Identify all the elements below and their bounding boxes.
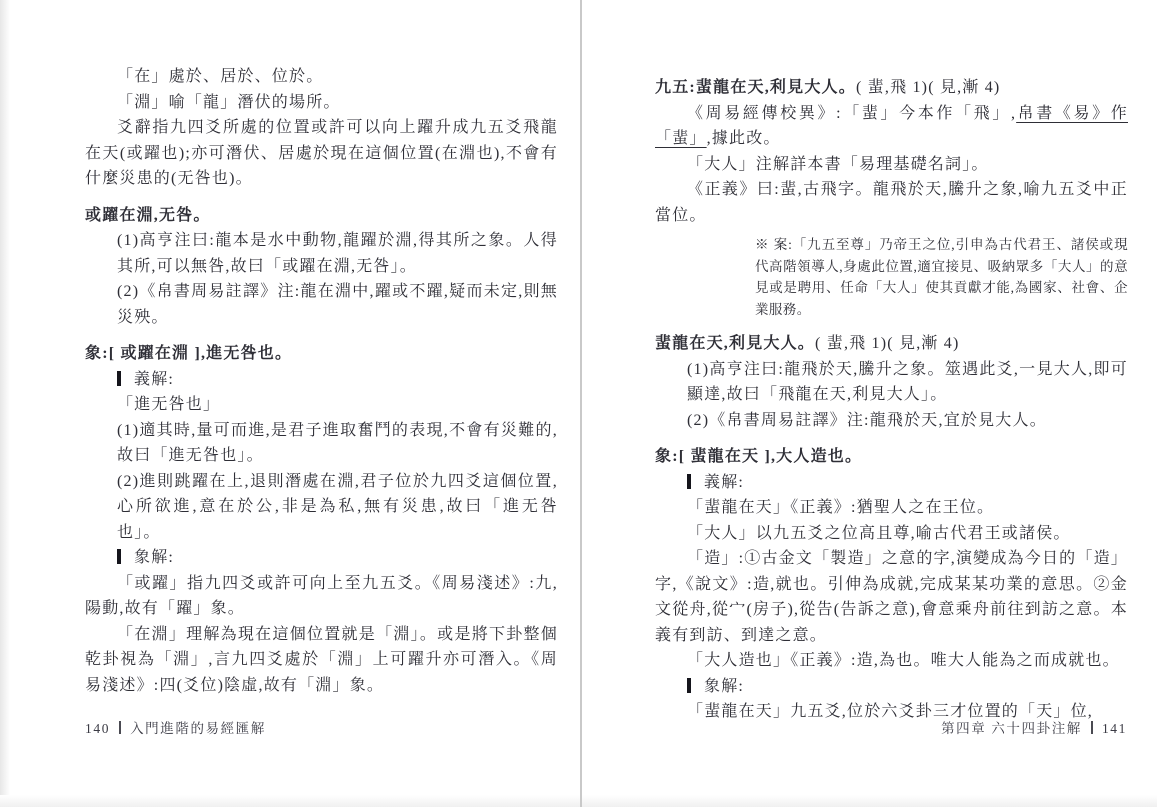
bold-text: 象:[ 蜚龍在天 ],大人造也。	[655, 448, 862, 465]
right-page-footer: 第四章 六十四卦注解141	[941, 717, 1127, 737]
text-run: 象解:	[134, 549, 174, 566]
subsection-label: 義解:	[687, 470, 1128, 496]
footer-divider-icon	[119, 721, 121, 734]
right-page: 九五:蜚龍在天,利見大人。( 蜚,飛 1)( 見,漸 4)《周易經傳校異》:「蜚…	[655, 64, 1128, 725]
text-run: 「大人」注解詳本書「易理基礎名詞」。	[687, 156, 989, 173]
left-page-footer: 140入門進階的易經匯解	[85, 717, 266, 737]
right-page-number: 141	[1102, 721, 1127, 736]
body-paragraph: 「大人」以九五爻之位高且尊,喻古代君王或諸侯。	[687, 521, 1128, 547]
text-run: 「蜚龍在天」《正義》:猶聖人之在王位。	[687, 499, 994, 516]
subsection-label: 義解:	[117, 367, 558, 393]
text-run: 《周易經傳校異》:「蜚」今本作「飛」,	[687, 105, 1016, 122]
body-paragraph: 「在淵」理解為現在這個位置就是「淵」。或是將下卦整個乾卦視為「淵」,言九四爻處於…	[85, 622, 558, 699]
left-page-number: 140	[85, 721, 110, 736]
body-paragraph: (2)《帛書周易註譯》注:龍在淵中,躍或不躍,疑而未定,則無災殃。	[117, 279, 558, 330]
text-run: 「在」處於、居於、位於。	[117, 68, 323, 85]
body-paragraph: 「大人造也」《正義》:造,為也。唯大人能為之而成就也。	[687, 648, 1128, 674]
text-run: (2)《帛書周易註譯》注:龍飛於天,宜於見大人。	[687, 412, 1047, 429]
text-run: ,據此改。	[707, 130, 781, 147]
annotation-note: ※ 案:「九五至尊」乃帝王之位,引申為古代君王、諸侯或現代高階領導人,身處此位置…	[755, 234, 1128, 320]
left-footer-title: 入門進階的易經匯解	[130, 721, 266, 736]
right-footer-title: 第四章 六十四卦注解	[941, 721, 1082, 736]
body-paragraph: (1)高亨注曰:龍飛於天,騰升之象。筮遇此爻,一見大人,即可顯達,故曰「飛龍在天…	[687, 357, 1128, 408]
body-paragraph: 《周易經傳校異》:「蜚」今本作「飛」,帛書《易》作「蜚」,據此改。	[655, 101, 1128, 152]
text-run: 「大人造也」《正義》:造,為也。唯大人能為之而成就也。	[687, 652, 1120, 669]
bold-text: 九五:蜚龍在天,利見大人。	[655, 79, 856, 96]
text-run: (1)高亨注曰:龍飛於天,騰升之象。筮遇此爻,一見大人,即可顯達,故曰「飛龍在天…	[687, 361, 1128, 404]
text-run: 「進无咎也」	[117, 396, 220, 413]
page-edge-shadow-bottom	[0, 795, 1157, 807]
text-run: (2)《帛書周易註譯》注:龍在淵中,躍或不躍,疑而未定,則無災殃。	[117, 283, 558, 326]
bold-text: 象:[ 或躍在淵 ],進无咎也。	[85, 345, 292, 362]
text-run: 《正義》曰:蜚,古飛字。龍飛於天,騰升之象,喻九五爻中正當位。	[655, 181, 1128, 224]
text-run: 「大人」以九五爻之位高且尊,喻古代君王或諸侯。	[687, 525, 1071, 542]
text-run: 「造」:①古金文「製造」之意的字,演變成為今日的「造」字,《說文》:造,就也。引…	[655, 550, 1128, 644]
body-paragraph: 「蜚龍在天」《正義》:猶聖人之在王位。	[687, 495, 1128, 521]
subsection-label: 象解:	[117, 545, 558, 571]
body-paragraph: 爻辭指九四爻所處的位置或許可以向上躍升成九五爻飛龍在天(或躍也);亦可潛伏、居處…	[85, 115, 558, 192]
page-edge-shadow-left	[0, 0, 10, 807]
body-paragraph: 「在」處於、居於、位於。	[85, 64, 558, 90]
text-run: ( 蜚,飛 1)( 見,漸 4)	[815, 335, 960, 352]
text-run: 義解:	[704, 474, 744, 491]
body-paragraph: 「淵」喻「龍」潛伏的場所。	[85, 90, 558, 116]
section-heading: 或躍在淵,无咎。	[85, 203, 558, 229]
text-run: ※ 案:「九五至尊」乃帝王之位,引申為古代君王、諸侯或現代高階領導人,身處此位置…	[755, 237, 1128, 317]
body-paragraph: (2)《帛書周易註譯》注:龍飛於天,宜於見大人。	[687, 408, 1128, 434]
body-paragraph: 「大人」注解詳本書「易理基礎名詞」。	[655, 152, 1128, 178]
left-page: 「在」處於、居於、位於。「淵」喻「龍」潛伏的場所。爻辭指九四爻所處的位置或許可以…	[85, 64, 558, 698]
text-run: 「在淵」理解為現在這個位置就是「淵」。或是將下卦整個乾卦視為「淵」,言九四爻處於…	[85, 626, 558, 694]
body-paragraph: 「或躍」指九四爻或許可向上至九五爻。《周易淺述》:九,陽動,故有「躍」象。	[85, 571, 558, 622]
text-run: 「淵」喻「龍」潛伏的場所。	[117, 94, 341, 111]
body-paragraph: 「造」:①古金文「製造」之意的字,演變成為今日的「造」字,《說文》:造,就也。引…	[655, 546, 1128, 648]
section-heading: 象:[ 蜚龍在天 ],大人造也。	[655, 444, 1128, 470]
book-spread: { "book": { "left_page": { "page_number"…	[0, 0, 1157, 807]
text-run: 「或躍」指九四爻或許可向上至九五爻。《周易淺述》:九,陽動,故有「躍」象。	[85, 575, 558, 618]
body-paragraph: 「進无咎也」	[117, 392, 558, 418]
footer-divider-icon	[1091, 721, 1093, 734]
text-run: ( 蜚,飛 1)( 見,漸 4)	[856, 79, 1001, 96]
section-heading: 蜚龍在天,利見大人。( 蜚,飛 1)( 見,漸 4)	[655, 331, 1128, 357]
body-paragraph: (2)進則跳躍在上,退則潛處在淵,君子位於九四爻這個位置,心所欲進,意在於公,非…	[117, 469, 558, 546]
section-heading: 象:[ 或躍在淵 ],進无咎也。	[85, 341, 558, 367]
bold-text: 蜚龍在天,利見大人。	[655, 335, 815, 352]
subsection-label: 象解:	[687, 674, 1128, 700]
bold-text: 或躍在淵,无咎。	[85, 207, 211, 224]
text-run: 爻辭指九四爻所處的位置或許可以向上躍升成九五爻飛龍在天(或躍也);亦可潛伏、居處…	[85, 119, 558, 187]
body-paragraph: 《正義》曰:蜚,古飛字。龍飛於天,騰升之象,喻九五爻中正當位。	[655, 177, 1128, 228]
body-paragraph: (1)適其時,量可而進,是君子進取奮鬥的表現,不會有災難的,故曰「進无咎也」。	[117, 418, 558, 469]
text-run: (1)適其時,量可而進,是君子進取奮鬥的表現,不會有災難的,故曰「進无咎也」。	[117, 422, 558, 465]
text-run: 義解:	[134, 371, 174, 388]
page-gutter-divider	[580, 0, 582, 807]
text-run: (2)進則跳躍在上,退則潛處在淵,君子位於九四爻這個位置,心所欲進,意在於公,非…	[117, 473, 558, 541]
body-paragraph: (1)高亨注曰:龍本是水中動物,龍躍於淵,得其所之象。人得其所,可以無咎,故曰「…	[117, 228, 558, 279]
text-run: (1)高亨注曰:龍本是水中動物,龍躍於淵,得其所之象。人得其所,可以無咎,故曰「…	[117, 232, 558, 275]
text-run: 象解:	[704, 678, 744, 695]
section-heading: 九五:蜚龍在天,利見大人。( 蜚,飛 1)( 見,漸 4)	[655, 75, 1128, 101]
